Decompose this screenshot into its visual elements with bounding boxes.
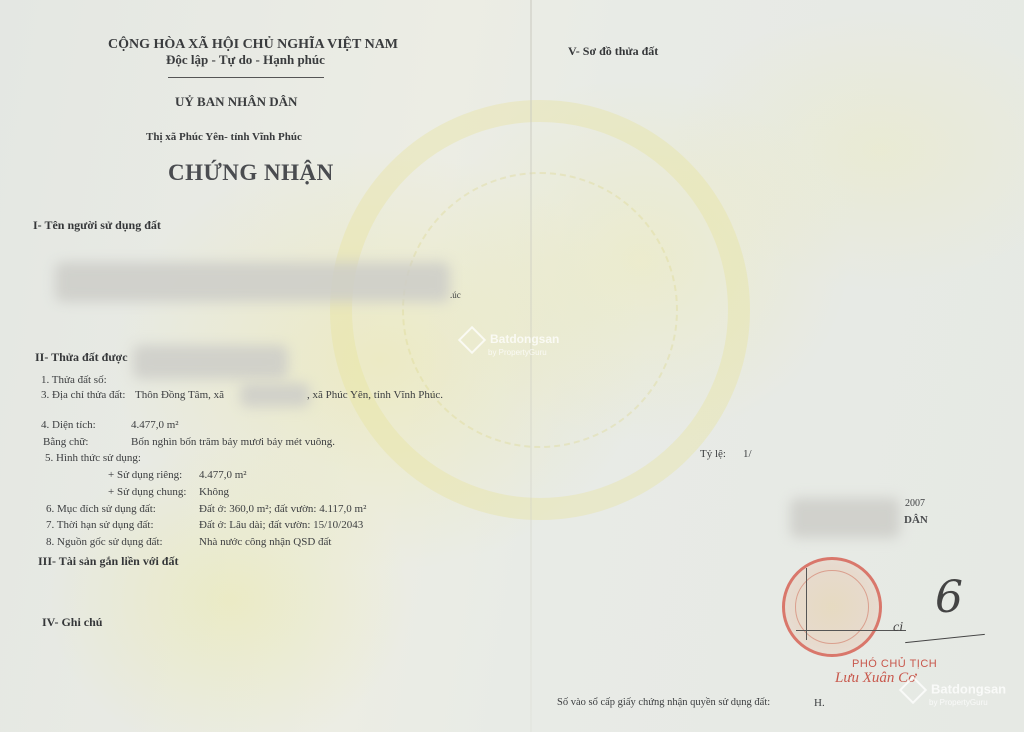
usage-form-label: 5. Hình thức sử dụng:: [45, 452, 141, 464]
official-red-seal: [782, 557, 882, 657]
watermark-corner: Batdongsan by PropertyGuru: [903, 680, 1006, 707]
area-words-label: Bằng chữ:: [43, 436, 88, 448]
address-label: 3. Địa chỉ thửa đất:: [41, 389, 125, 401]
authority-name: UỶ BAN NHÂN DÂN: [175, 94, 297, 110]
shared-use-label: + Sử dụng chung:: [108, 486, 186, 498]
signature-stroke: [796, 630, 906, 631]
section-2-heading: II- Thửa đất được: [35, 350, 128, 365]
national-title: CỘNG HÒA XÃ HỘI CHỦ NGHĨA VIỆT NAM: [108, 37, 398, 53]
batdongsan-logo-icon: [899, 676, 927, 704]
private-use-label: + Sử dụng riêng:: [108, 469, 182, 481]
watermark-center: Batdongsan by PropertyGuru: [462, 330, 559, 357]
national-motto: Độc lập - Tự do - Hạnh phúc: [166, 52, 325, 68]
registry-label: Số vào sổ cấp giấy chứng nhận quyền sử d…: [557, 697, 770, 708]
shared-use-value: Không: [199, 486, 229, 498]
document-title: CHỨNG NHẬN: [168, 160, 334, 186]
redacted-signing-place-date: [790, 498, 900, 538]
section-5-heading: V- Sơ đồ thửa đất: [568, 44, 658, 59]
signature-mark: ci: [893, 620, 903, 636]
area-words-value: Bốn nghìn bốn trăm bảy mươi bảy mét vuôn…: [131, 436, 335, 448]
usage-term-value: Đất ở: Lâu dài; đất vườn: 15/10/2043: [199, 519, 363, 531]
address-value: Thôn Đồng Tâm, xã: [135, 389, 224, 401]
section-3-heading: III- Tài sản gắn liền với đất: [38, 554, 178, 569]
owner-name-suffix: .úc: [450, 290, 461, 300]
signing-year: 2007: [905, 498, 925, 509]
signature-glyph: 6: [935, 572, 963, 623]
scale-value: 1/: [743, 448, 752, 460]
area-label: 4. Diện tích:: [41, 419, 96, 431]
land-origin-value: Nhà nước công nhận QSD đất: [199, 536, 331, 548]
land-purpose-label: 6. Mục đích sử dụng đất:: [46, 503, 156, 515]
land-purpose-value: Đất ở: 360,0 m²; đất vườn: 4.117,0 m²: [199, 503, 366, 515]
page-fold: [530, 0, 532, 732]
registry-value: H.: [814, 697, 825, 709]
batdongsan-logo-icon: [458, 326, 486, 354]
land-origin-label: 8. Nguồn gốc sử dụng đất:: [46, 536, 163, 548]
header-divider: [168, 77, 324, 78]
parcel-number-label: 1. Thửa đất số:: [41, 374, 107, 386]
section-4-heading: IV- Ghi chú: [42, 615, 102, 630]
redacted-address: [240, 383, 310, 407]
background-emblem: [330, 100, 750, 520]
area-value: 4.477,0 m²: [131, 419, 179, 431]
signing-org-suffix: DÂN: [904, 514, 928, 526]
private-use-value: 4.477,0 m²: [199, 469, 247, 481]
scale-label: Tỷ lệ:: [700, 448, 726, 460]
redacted-owner-name: [55, 262, 450, 302]
section-1-heading: I- Tên người sử dụng đất: [33, 218, 161, 233]
usage-term-label: 7. Thời hạn sử dụng đất:: [46, 519, 154, 531]
signer-role: PHÓ CHỦ TỊCH: [852, 658, 937, 670]
redacted-recipient: [133, 345, 288, 379]
address-value-suffix: , xã Phúc Yên, tỉnh Vĩnh Phúc.: [307, 389, 443, 401]
locality: Thị xã Phúc Yên- tỉnh Vĩnh Phúc: [146, 131, 302, 143]
